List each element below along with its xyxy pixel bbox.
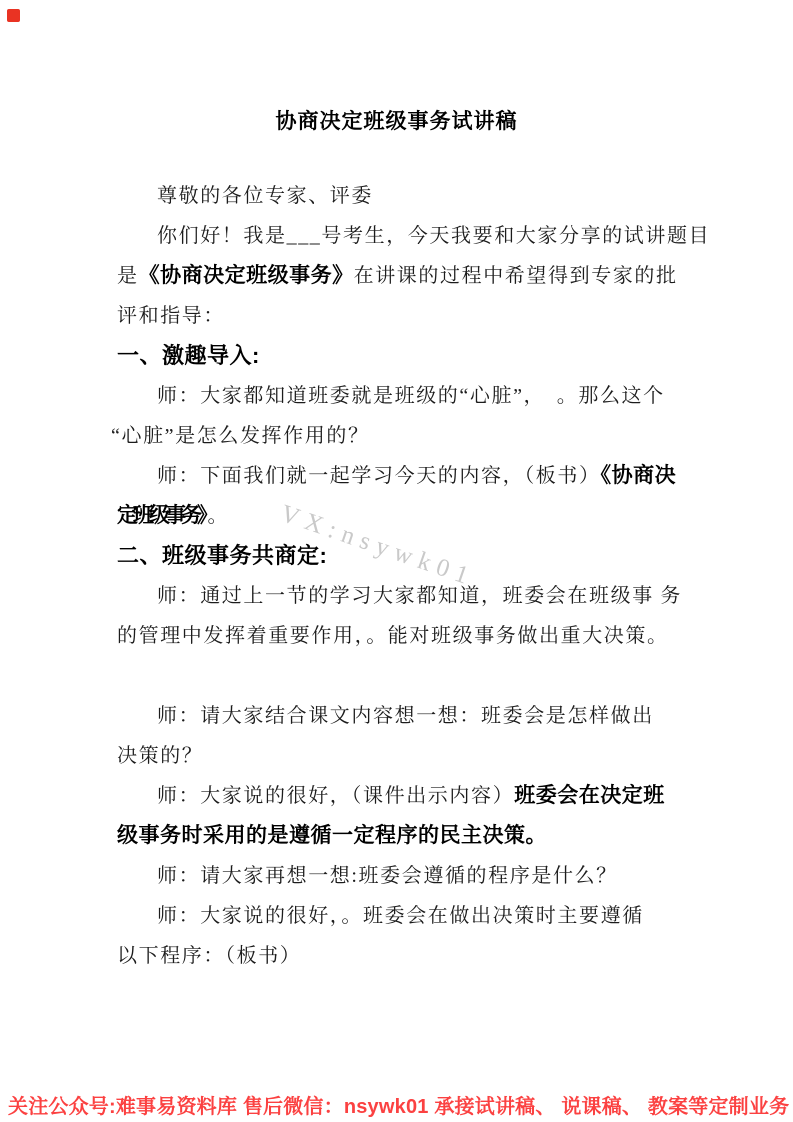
intro-2-bold-title: 《协商决定班级事务》 (139, 264, 354, 287)
document-body: 尊敬的各位专家、评委 你们好！我是___号考生，今天我要和大家分享的试讲题目 是… (117, 176, 683, 976)
s2-1-bold: 《协商决 (601, 464, 677, 487)
line-s3-1: 师：通过上一节的学习大家都知道，班委会在班级事 务 (117, 576, 683, 616)
page-title: 协商决定班级事务试讲稿 (0, 105, 793, 135)
s2-2-bold-condensed: 定班级事务》 (117, 504, 203, 527)
intro-2-normal: 是 (117, 265, 139, 287)
line-s7-2: 以下程序：（板书） (117, 936, 683, 976)
line-s5-2: 级事务时采用的是遵循一定程序的民主决策。 (117, 816, 683, 856)
line-s1-2: “心脏”是怎么发挥作用的？ (111, 416, 683, 456)
line-s5-1: 师：大家说的很好，（课件出示内容）班委会在决定班 (117, 776, 683, 816)
section-heading-2: 二、班级事务共商定: (117, 536, 683, 576)
blank-line (117, 656, 683, 696)
line-intro-3: 评和指导： (117, 296, 683, 336)
s5-1-normal: 师：大家说的很好，（课件出示内容） (157, 785, 514, 807)
line-intro-1: 你们好！我是___号考生，今天我要和大家分享的试讲题目 (117, 216, 683, 256)
line-s6-1: 师：请大家再想一想:班委会遵循的程序是什么？ (117, 856, 683, 896)
line-greeting: 尊敬的各位专家、评委 (117, 176, 683, 216)
red-square-marker (7, 9, 20, 22)
line-s4-2: 决策的？ (117, 736, 683, 776)
line-s2-1: 师：下面我们就一起学习今天的内容，（板书）《协商决 (117, 456, 683, 496)
s2-1-normal: 师：下面我们就一起学习今天的内容，（板书） (157, 465, 601, 487)
document-page: 协商决定班级事务试讲稿 尊敬的各位专家、评委 你们好！我是___号考生，今天我要… (0, 0, 793, 1122)
section-heading-1: 一、激趣导入: (117, 336, 683, 376)
intro-2-normal-tail: 在讲课的过程中希望得到专家的批 (354, 265, 678, 287)
s2-2-period: 。 (208, 505, 230, 527)
line-intro-2: 是《协商决定班级事务》在讲课的过程中希望得到专家的批 (117, 256, 683, 296)
footer-promo-text: 关注公众号:难事易资料库 售后微信：nsywk01 承接试讲稿、 说课稿、 教案… (0, 1090, 793, 1119)
s5-1-bold: 班委会在决定班 (514, 784, 665, 807)
line-s7-1: 师：大家说的很好，。班委会在做出决策时主要遵循 (117, 896, 683, 936)
line-s1-1: 师：大家都知道班委就是班级的“心脏”， 。那么这个 (117, 376, 683, 416)
line-s4-1: 师：请大家结合课文内容想一想：班委会是怎样做出 (117, 696, 683, 736)
line-s3-2: 的管理中发挥着重要作用，。能对班级事务做出重大决策。 (117, 616, 683, 656)
line-s2-2: 定班级事务》。 (117, 496, 683, 536)
